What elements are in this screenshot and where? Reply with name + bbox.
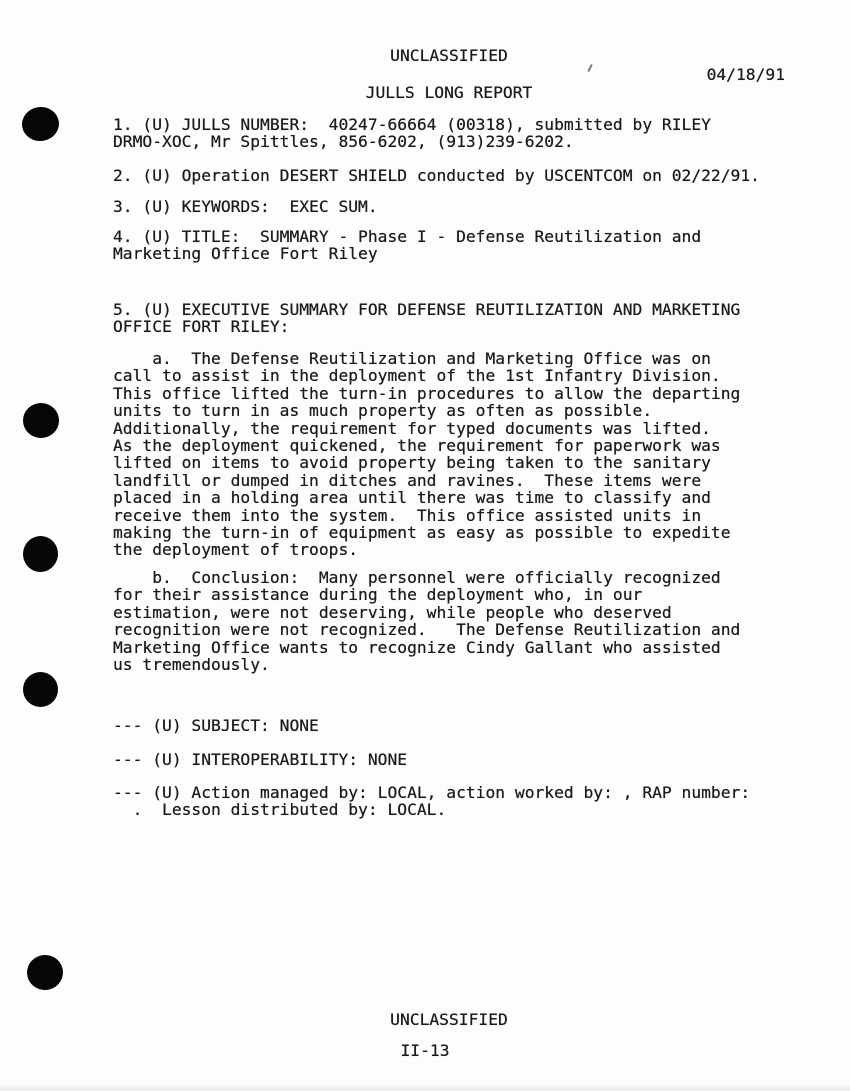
subject-line: --- (U) SUBJECT: NONE [113, 717, 319, 734]
item-3-keywords: 3. (U) KEYWORDS: EXEC SUM. [113, 198, 378, 215]
item-1-julls-number: 1. (U) JULLS NUMBER: 40247-66664 (00318)… [113, 116, 711, 151]
header-classification: UNCLASSIFIED [113, 47, 785, 64]
paragraph-b-conclusion: b. Conclusion: Many personnel were offic… [113, 569, 740, 673]
action-managed-line: --- (U) Action managed by: LOCAL, action… [113, 784, 750, 819]
item-4-title: 4. (U) TITLE: SUMMARY - Phase I - Defens… [113, 228, 701, 263]
hole-punch-icon [26, 954, 64, 991]
footer-classification: UNCLASSIFIED [113, 1011, 785, 1028]
item-2-operation: 2. (U) Operation DESERT SHIELD conducted… [113, 167, 760, 184]
paragraph-a-summary: a. The Defense Reutilization and Marketi… [113, 350, 740, 559]
header-date: 04/18/91 [113, 66, 785, 83]
interoperability-line: --- (U) INTEROPERABILITY: NONE [113, 751, 407, 768]
item-5-executive-summary-heading: 5. (U) EXECUTIVE SUMMARY FOR DEFENSE REU… [113, 301, 740, 336]
page-number: II-13 [0, 1042, 850, 1059]
hole-punch-icon [23, 403, 59, 438]
report-title: JULLS LONG REPORT [113, 84, 785, 101]
hole-punch-icon [21, 535, 59, 574]
hole-punch-icon [23, 672, 58, 707]
hole-punch-icon [20, 105, 61, 143]
scanned-document-page: UNCLASSIFIED 04/18/91 JULLS LONG REPORT … [0, 0, 850, 1091]
